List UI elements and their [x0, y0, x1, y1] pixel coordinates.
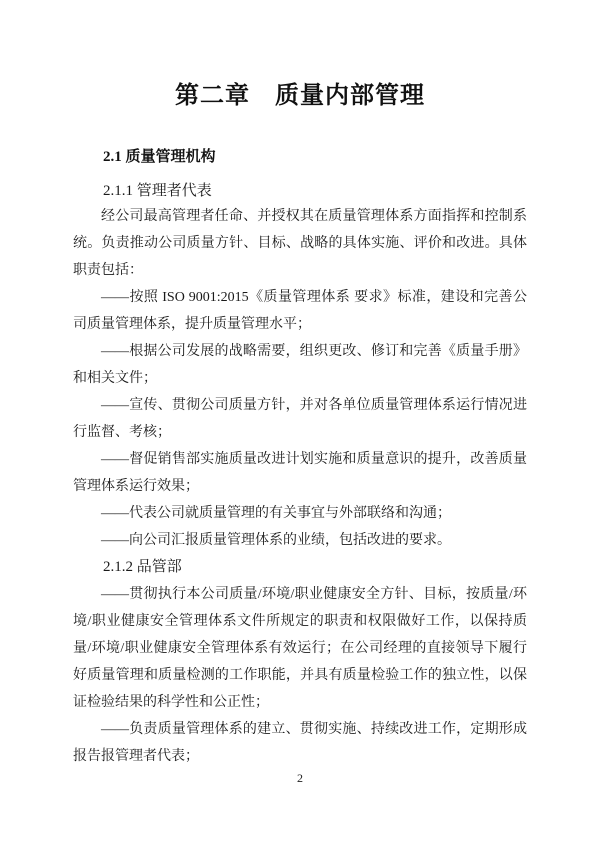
duty-item: ——按照 ISO 9001:2015《质量管理体系 要求》标准，建设和完善公司质…	[73, 284, 527, 338]
page-number: 2	[73, 771, 527, 786]
paragraph-intro: 经公司最高管理者任命、并授权其在质量管理体系方面指挥和控制系统。负责推动公司质量…	[73, 203, 527, 284]
duty-item: ——督促销售部实施质量改进计划实施和质量意识的提升，改善质量管理体系运行效果；	[73, 446, 527, 500]
section-heading-2-1: 2.1 质量管理机构	[73, 147, 527, 167]
chapter-title: 第二章 质量内部管理	[73, 82, 527, 110]
duty-item: ——根据公司发展的战略需要，组织更改、修订和完善《质量手册》和相关文件；	[73, 338, 527, 392]
duty-item: ——贯彻执行本公司质量/环境/职业健康安全方针、目标，按质量/环境/职业健康安全…	[73, 581, 527, 716]
duty-item: ——宣传、贯彻公司质量方针，并对各单位质量管理体系运行情况进行监督、考核；	[73, 392, 527, 446]
duty-item: ——向公司汇报质量管理体系的业绩，包括改进的要求。	[73, 527, 527, 554]
duty-item: ——代表公司就质量管理的有关事宜与外部联络和沟通；	[73, 500, 527, 527]
document-page: 第二章 质量内部管理 2.1 质量管理机构 2.1.1 管理者代表 经公司最高管…	[0, 0, 600, 848]
subsection-heading-2-1-1: 2.1.1 管理者代表	[73, 181, 527, 201]
subsection-heading-2-1-2: 2.1.2 品管部	[73, 554, 527, 581]
duty-item: ——负责质量管理体系的建立、贯彻实施、持续改进工作，定期形成报告报管理者代表；	[73, 716, 527, 770]
